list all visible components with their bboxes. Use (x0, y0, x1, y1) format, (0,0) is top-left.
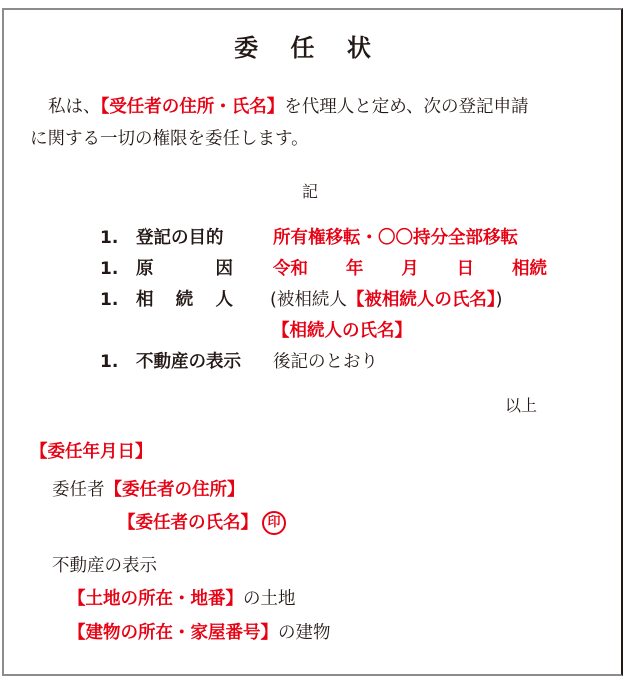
intro-line-1: 私は、【受任者の住所・氏名】を代理人と定め、次の登記申請 (48, 99, 529, 117)
intro-line-2: に関する一切の権限を委任します。 (30, 131, 309, 149)
intro-suffix: を代理人と定め、次の登記申請 (284, 97, 528, 117)
delegator-name-placeholder: 【委任者の氏名】 (118, 513, 258, 533)
building-line: 【建物の所在・家屋番号】の建物 (68, 625, 331, 643)
item-label-heir: 相続人 (136, 292, 233, 310)
property-heading: 不動産の表示 (52, 558, 157, 576)
delegator-label: 委任者 (52, 480, 105, 500)
document-title: 委 任 状 (0, 36, 617, 60)
heir-name-placeholder: 【相続人の氏名】 (272, 323, 412, 341)
delegator-line: 委任者【委任者の住所】 (52, 482, 245, 500)
item-label-cause: 原因 (136, 261, 233, 279)
date-placeholder: 【委任年月日】 (30, 444, 153, 462)
item-value-heir: (被相続人【被相続人の氏名】) (270, 292, 502, 310)
land-placeholder: 【土地の所在・地番】 (68, 589, 243, 609)
item-number: 1. (100, 230, 118, 247)
decedent-name-placeholder: 【被相続人の氏名】 (347, 290, 496, 310)
item-number: 1. (100, 292, 118, 309)
item-label-purpose: 登記の目的 (136, 230, 224, 248)
intro-prefix: 私は、 (48, 97, 101, 117)
ki-marker: 記 (302, 184, 318, 200)
land-line: 【土地の所在・地番】の土地 (68, 591, 296, 609)
delegator-name-line: 【委任者の氏名】印 (118, 511, 286, 535)
delegator-address-placeholder: 【委任者の住所】 (105, 480, 245, 500)
item-number: 1. (100, 354, 118, 371)
item-value-cause: 令和年月日相続 (273, 261, 547, 279)
item-value-purpose: 所有権移転・〇〇持分全部移転 (273, 230, 518, 248)
seal-icon: 印 (262, 511, 286, 535)
ijo-marker: 以上 (505, 398, 537, 414)
building-placeholder: 【建物の所在・家屋番号】 (68, 623, 278, 643)
item-value-property: 後記のとおり (273, 354, 378, 372)
item-number: 1. (100, 261, 118, 278)
agent-placeholder: 【受任者の住所・氏名】 (101, 97, 285, 117)
item-label-property: 不動産の表示 (136, 354, 241, 372)
